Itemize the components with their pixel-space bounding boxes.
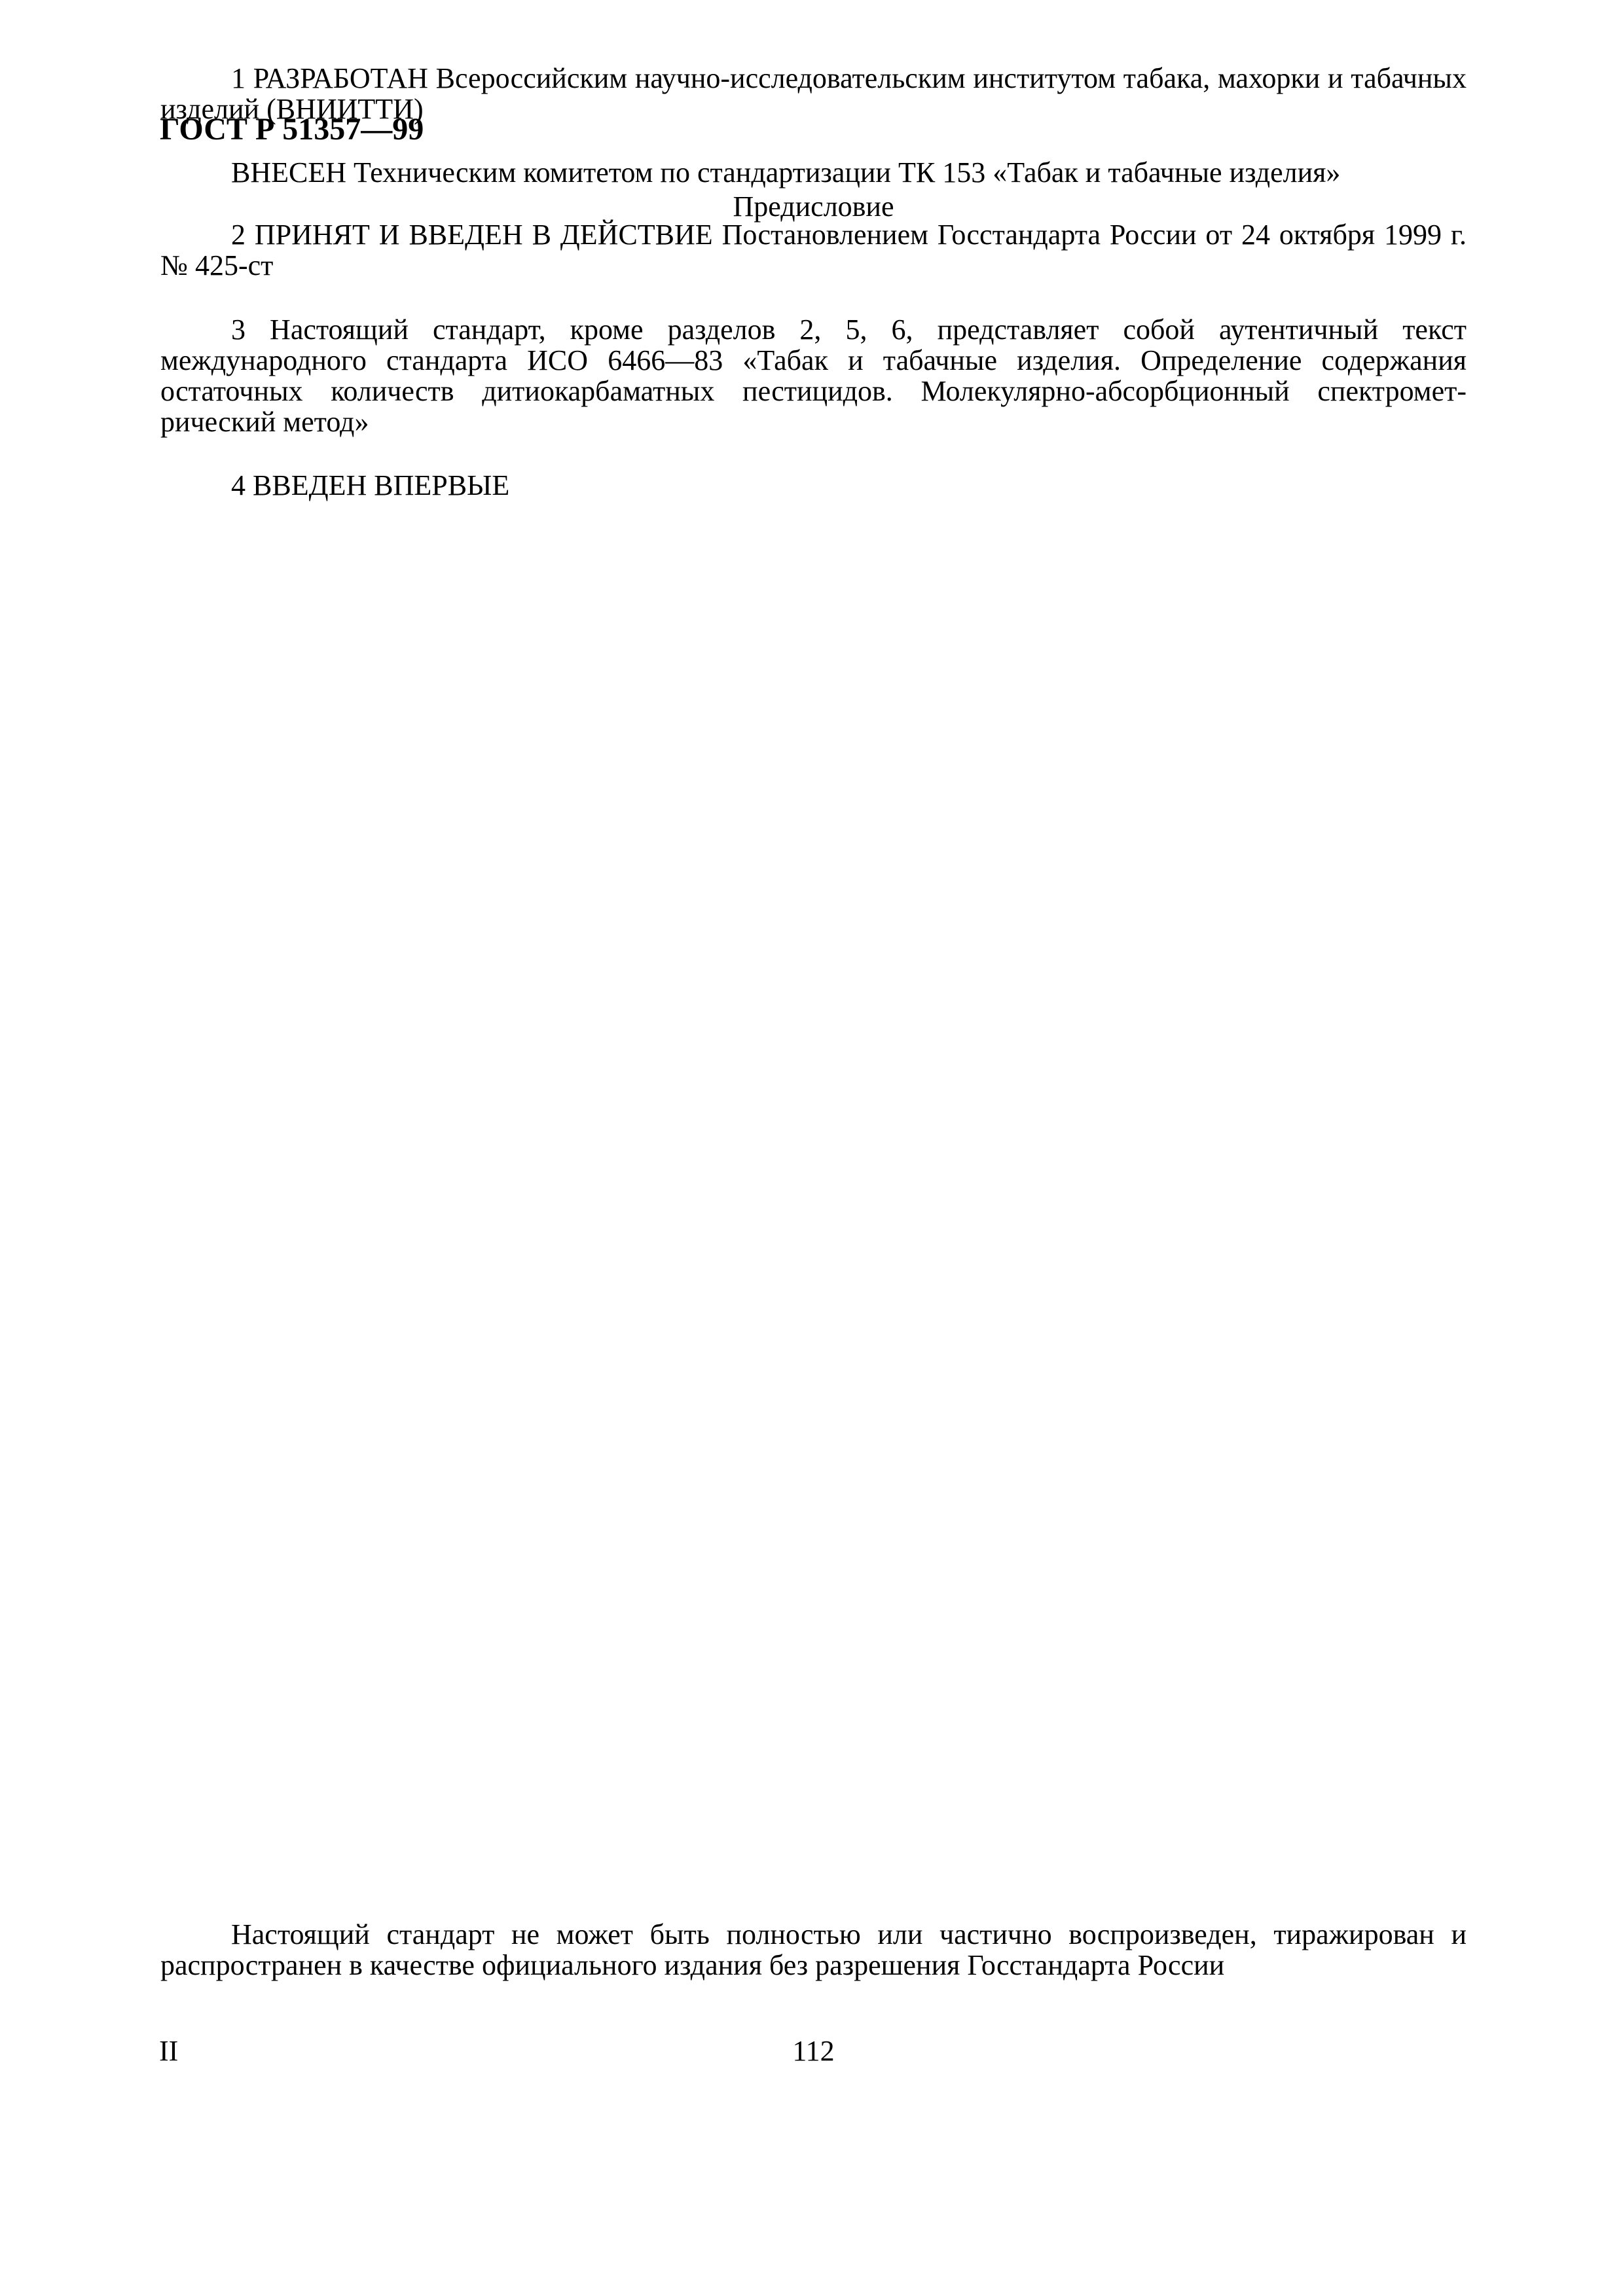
paragraph-introduced-first: 4 ВВЕДЕН ВПЕРВЫЕ: [160, 470, 1467, 501]
paragraph-adopted: 2 ПРИНЯТ И ВВЕДЕН В ДЕЙСТВИЕ Постановлен…: [160, 219, 1467, 281]
paragraph-developed-by: 1 РАЗРАБОТАН Всероссийским научно-исслед…: [160, 63, 1467, 124]
page-number: 112: [160, 2036, 1467, 2066]
paragraph-submitted-by: ВНЕСЕН Техническим комитетом по стандарт…: [160, 157, 1467, 188]
copyright-notice: Настоящий стандарт не может быть полност…: [160, 1919, 1467, 1981]
section-title-foreword: Предисловие: [160, 191, 1467, 222]
paragraph-authentic-text: 3 Настоящий стандарт, кроме разделов 2, …: [160, 314, 1467, 437]
